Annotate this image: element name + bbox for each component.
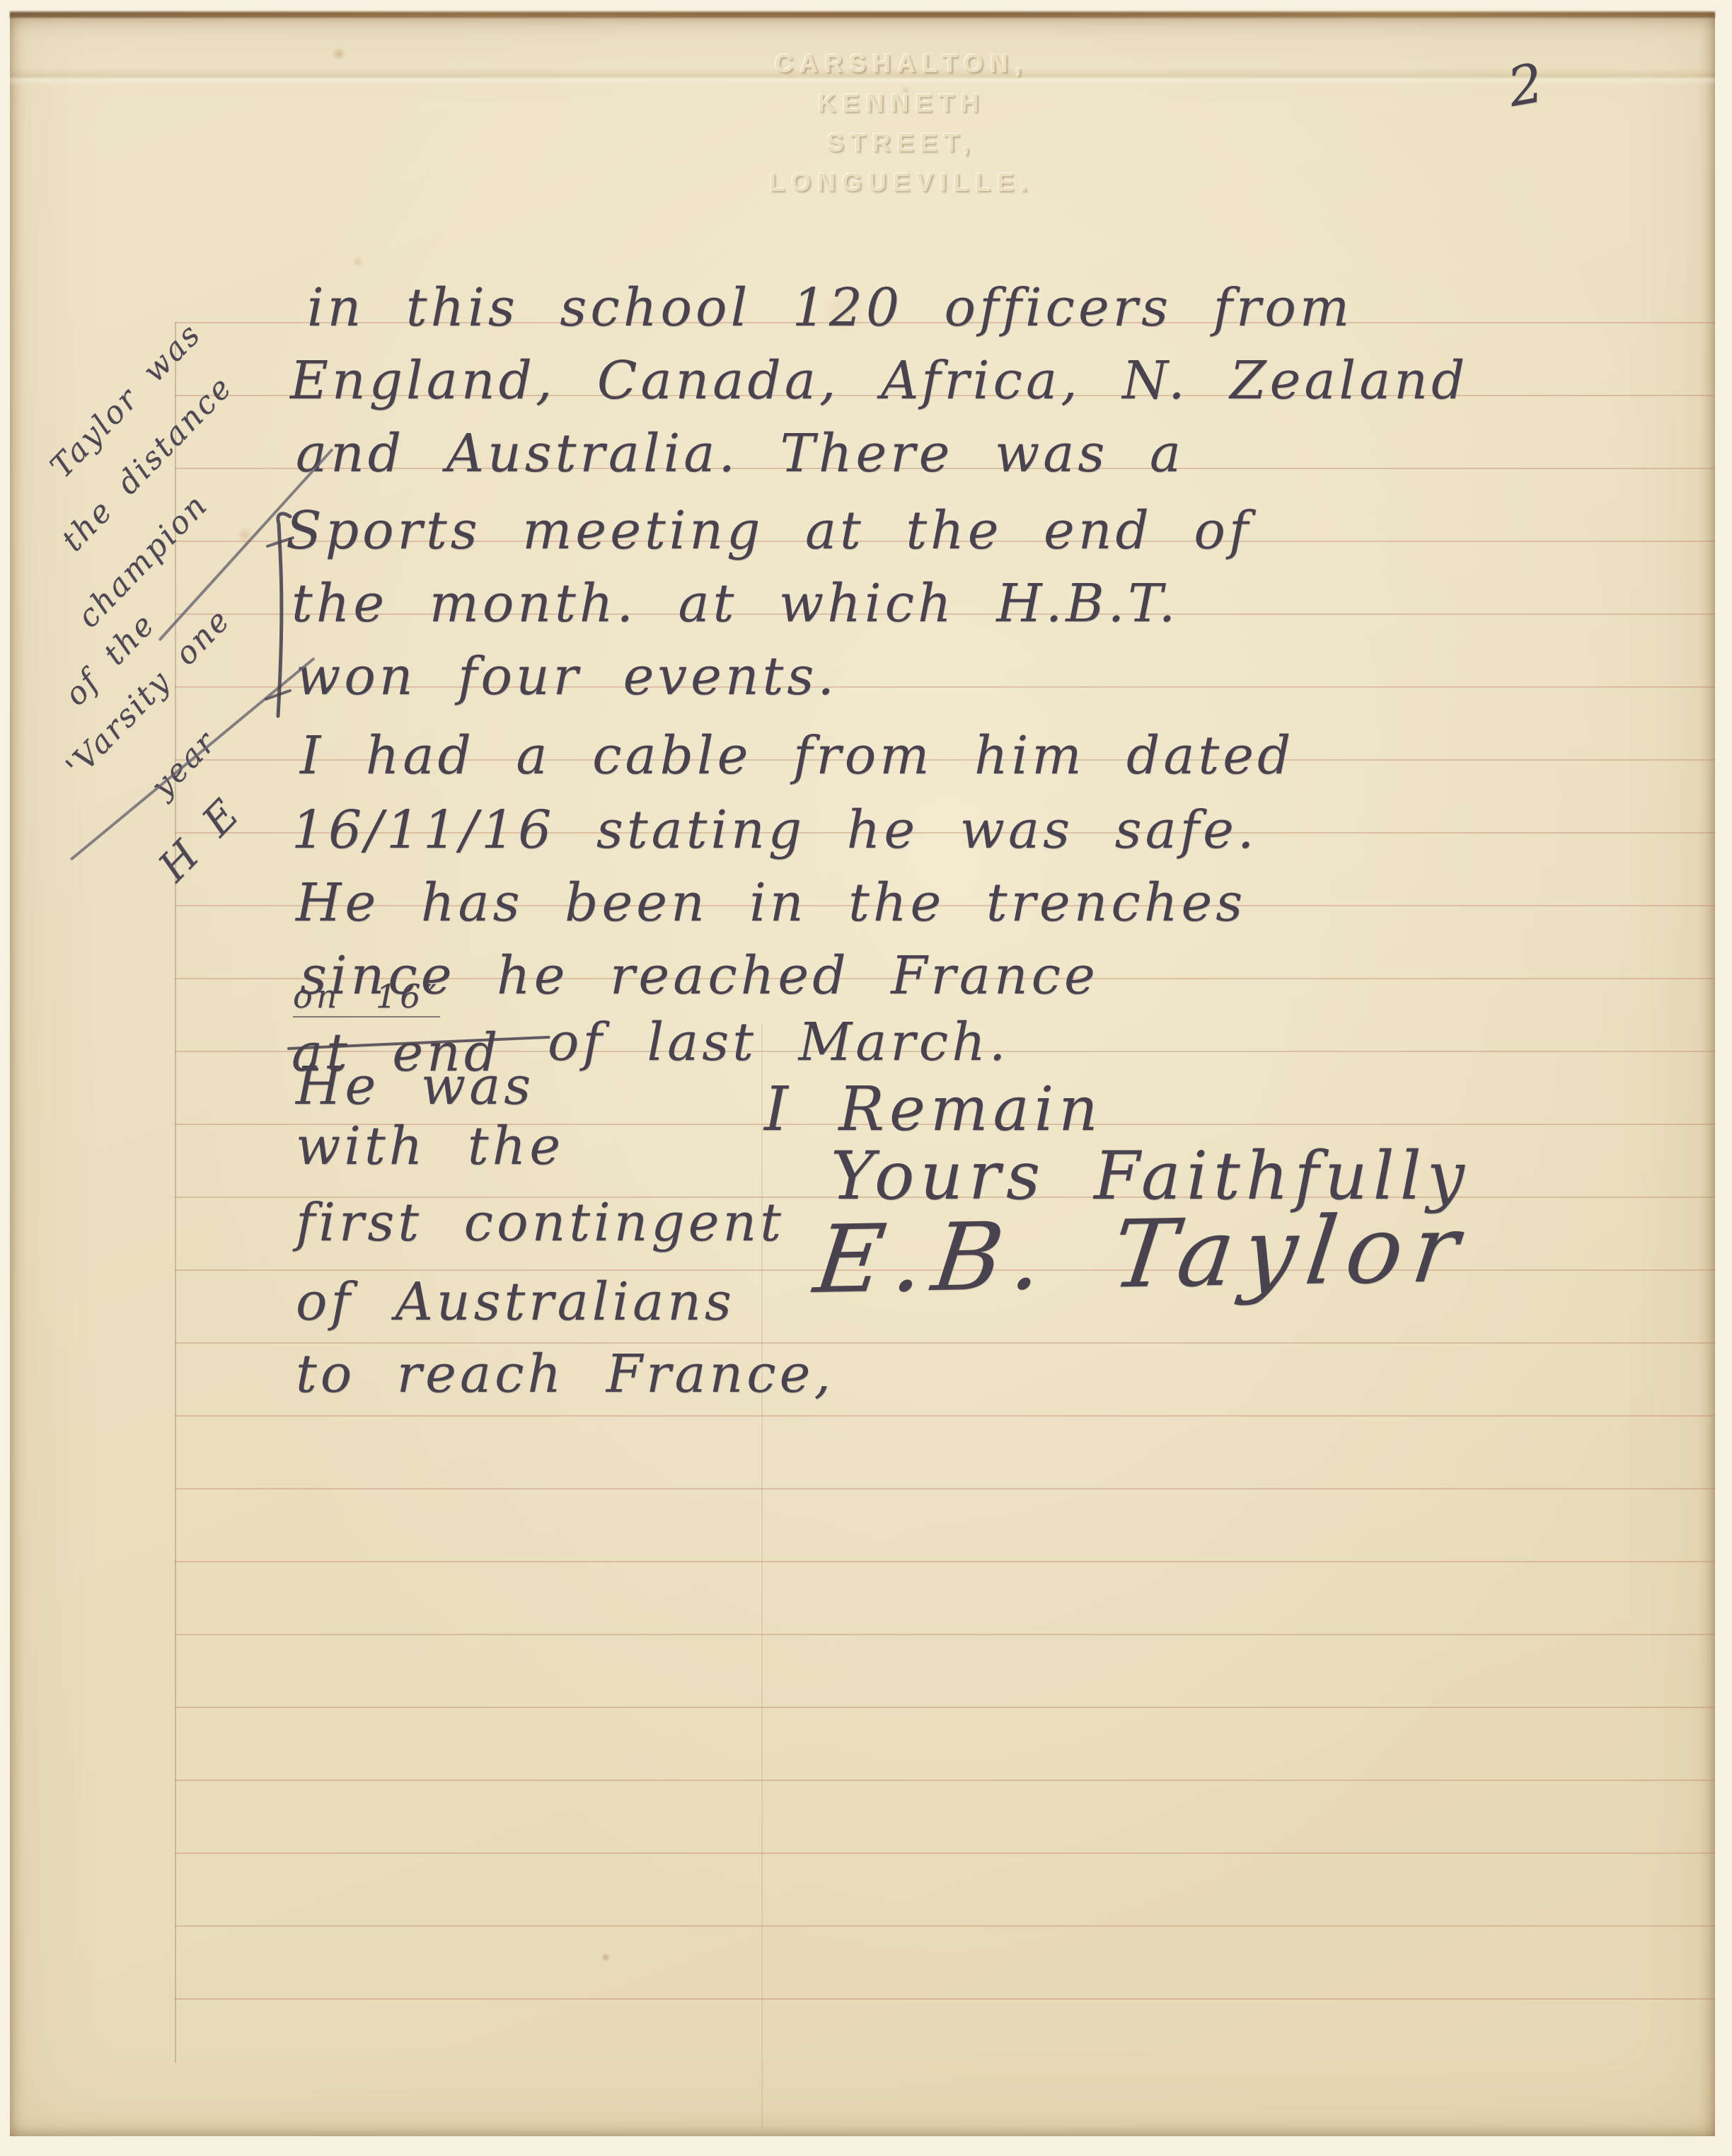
handwritten-line: in this school 120 officers from [307, 272, 1353, 343]
handwritten-line: the month. at which H.B.T. [291, 568, 1179, 639]
closing-remain: I Remain [764, 1074, 1103, 1145]
scanned-letter-page: { "page": { "number": "2" }, "letterhead… [0, 0, 1732, 2156]
inserted-date: on 16″ [293, 976, 440, 1018]
handwritten-line: England, Canada, Africa, N. Zealand [290, 345, 1468, 416]
margin-rule-line [175, 322, 176, 2063]
embossed-letterhead: CARSHALTON, KENNETH STREET, LONGUEVILLE. [739, 44, 1064, 202]
signature: E.B. Taylor [812, 1214, 1472, 1296]
letter-paper: CARSHALTON, KENNETH STREET, LONGUEVILLE.… [10, 13, 1715, 2136]
handwritten-line: of last March. [548, 1007, 1009, 1078]
handwritten-line: 16/11/16 stating he was safe. [291, 795, 1257, 865]
handwritten-line: and Australia. There was a [296, 418, 1184, 489]
handwritten-line: first contingent [296, 1187, 785, 1258]
handwritten-line: to reach France, [296, 1339, 834, 1410]
letterhead-line: CARSHALTON, [739, 44, 1064, 83]
handwritten-line: of Australians [296, 1267, 735, 1337]
handwritten-line: won four events. [296, 641, 838, 712]
letterhead-line: LONGUEVILLE. [739, 163, 1064, 202]
page-number: 2 [1503, 47, 1552, 123]
handwritten-line: Sports meeting at the end of [286, 495, 1252, 566]
handwritten-line: with the [296, 1111, 564, 1182]
letterhead-line: KENNETH STREET, [739, 83, 1064, 163]
margin-bracket [262, 509, 301, 729]
handwritten-line: He has been in the trenches [296, 867, 1246, 938]
handwritten-line: I had a cable from him dated [300, 720, 1294, 791]
